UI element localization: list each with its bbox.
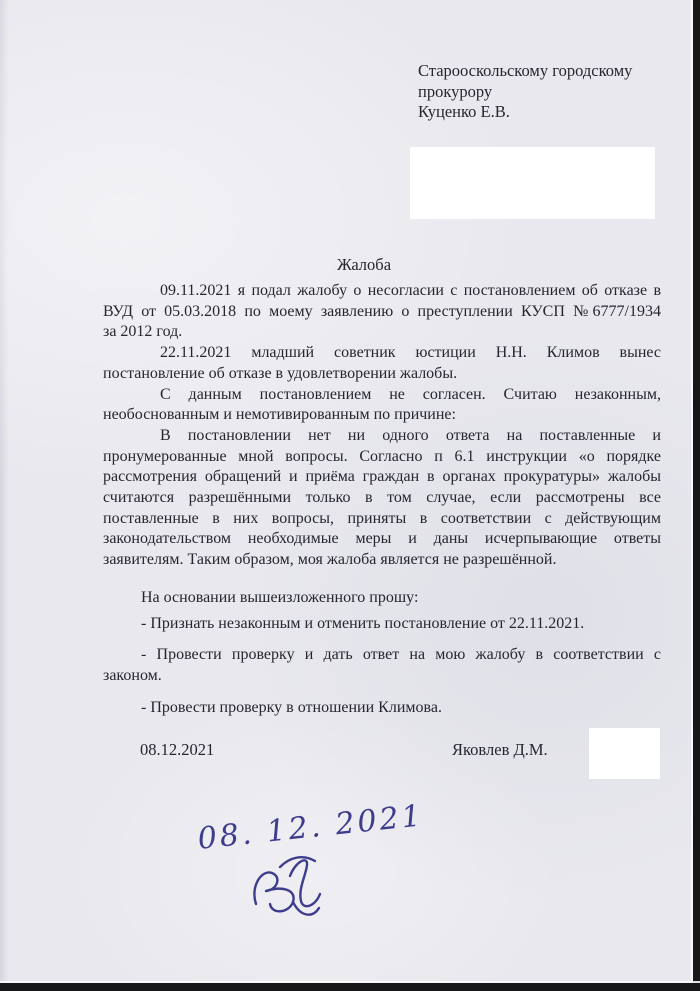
paragraph-3: С данным постановлением не согласен. Счи…	[103, 385, 661, 426]
text-line: 22.11.2021 младший советник юстиции Н.Н.…	[103, 343, 661, 364]
text-line: постановление об отказе в удовлетворении…	[103, 364, 661, 385]
text-line: заявителям. Таким образом, моя жалоба яв…	[103, 550, 661, 571]
document-title: Жалоба	[103, 255, 661, 275]
text-line: 09.11.2021 я подал жалобу о несогласии с…	[103, 281, 661, 302]
text-line: рассмотрения обращений и приёма граждан …	[103, 467, 661, 488]
recipient-block: Старооскольскому городскому прокурору Ку…	[418, 61, 668, 123]
text-line: В постановлении нет ни одного ответа на …	[103, 426, 661, 447]
text-line: - Признать незаконным и отменить постано…	[103, 614, 661, 635]
text-line: законом.	[103, 666, 661, 687]
text-line: - Провести проверку и дать ответ на мою …	[103, 645, 661, 666]
paragraph-1: 09.11.2021 я подал жалобу о несогласии с…	[103, 281, 661, 343]
signatory-name: Яковлев Д.М.	[452, 740, 548, 760]
handwritten-date: 08. 12. 2021	[196, 798, 425, 857]
document-date: 08.12.2021	[140, 740, 214, 760]
text-line: поставленные в них вопросы, приняты в со…	[103, 509, 661, 530]
request-intro: На основании вышеизложенного прошу:	[103, 588, 661, 609]
recipient-line-3: Куценко Е.В.	[418, 102, 668, 123]
text-line: считаются разрешёнными только в том случ…	[103, 488, 661, 509]
text-line: за 2012 год.	[103, 322, 661, 343]
recipient-line-1: Старооскольскому городскому	[418, 61, 668, 82]
redaction-box-signature	[589, 728, 660, 779]
recipient-line-2: прокурору	[418, 82, 668, 103]
document-body: 09.11.2021 я подал жалобу о несогласии с…	[103, 281, 661, 718]
handwritten-signature	[240, 852, 360, 932]
text-line: ВУД от 05.03.2018 по моему заявлению о п…	[103, 302, 661, 323]
redaction-box-header	[410, 147, 655, 219]
request-item-2: - Провести проверку и дать ответ на мою …	[103, 645, 661, 686]
paragraph-4: В постановлении нет ни одного ответа на …	[103, 426, 661, 571]
scanned-document-page: Старооскольскому городскому прокурору Ку…	[0, 0, 700, 991]
text-line: - Провести проверку в отношении Климова.	[103, 698, 661, 719]
scan-edge-right	[693, 0, 700, 991]
text-line: С данным постановлением не согласен. Счи…	[103, 385, 661, 406]
request-item-1: - Признать незаконным и отменить постано…	[103, 614, 661, 635]
text-line: пронумерованные мной вопросы. Согласно п…	[103, 447, 661, 468]
signature-row: 08.12.2021 Яковлев Д.М.	[103, 740, 661, 762]
request-item-3: - Провести проверку в отношении Климова.	[103, 698, 661, 719]
text-line: необоснованным и немотивированным по при…	[103, 405, 661, 426]
scan-edge-bottom	[0, 983, 700, 991]
text-line: законодательством необходимые меры и дан…	[103, 529, 661, 550]
paragraph-2: 22.11.2021 младший советник юстиции Н.Н.…	[103, 343, 661, 384]
